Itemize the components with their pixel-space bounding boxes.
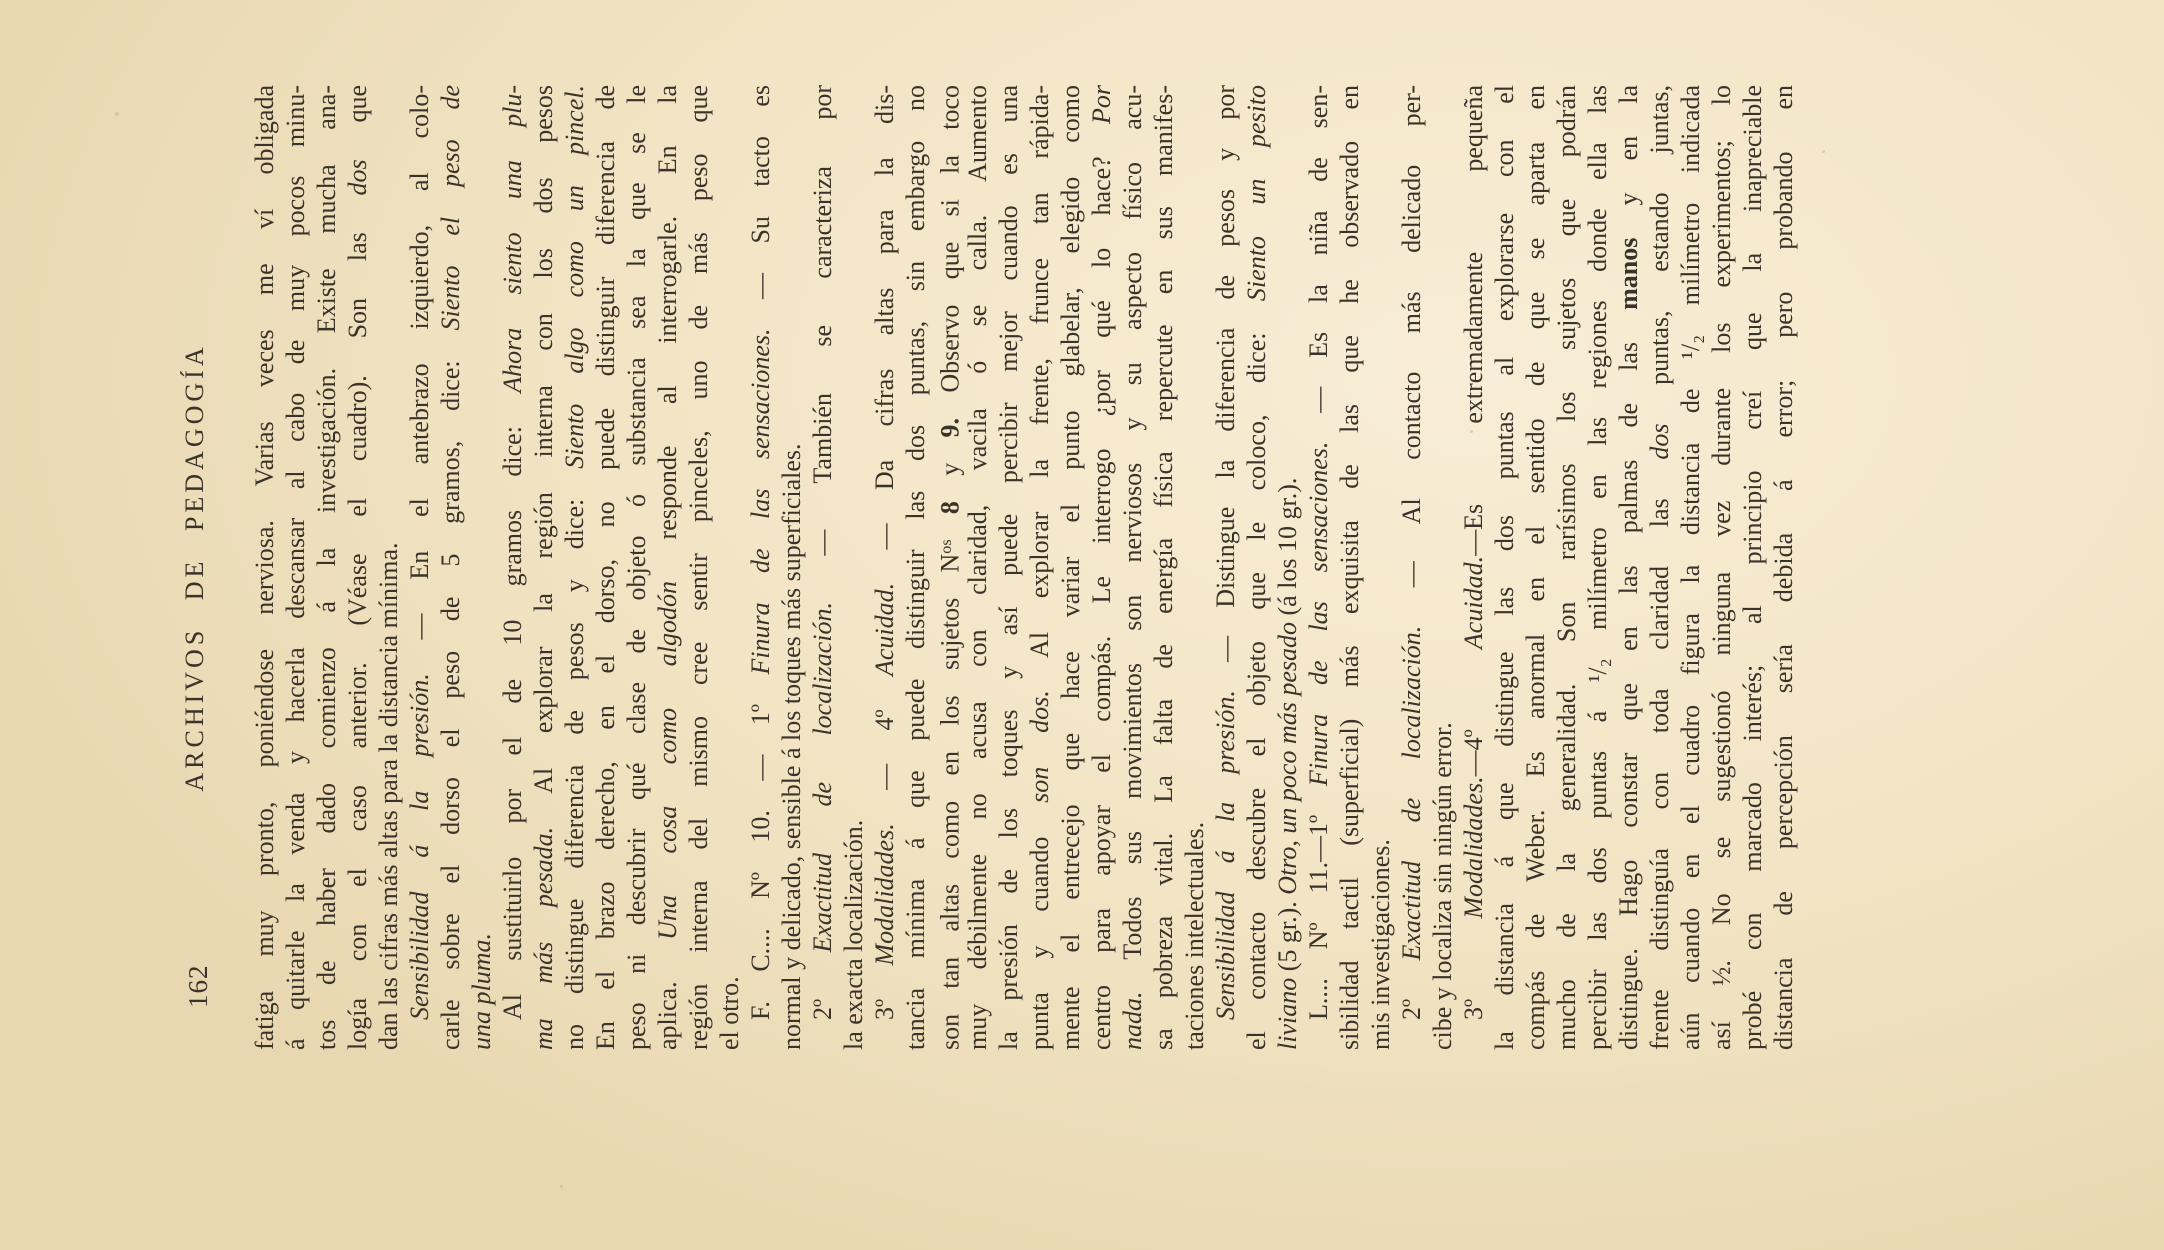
text-line: frente distinguía con toda claridad las … bbox=[1644, 85, 1675, 1050]
text-line: fatiga muy pronto, poniéndose nerviosa. … bbox=[249, 85, 280, 1050]
text-line: taciones intelectuales. bbox=[1179, 85, 1210, 1050]
text-block: fatiga muy pronto, poniéndose nerviosa. … bbox=[249, 85, 1799, 1050]
text-line: mente el entrecejo que hace variar el pu… bbox=[1055, 85, 1086, 1050]
text-line: carle sobre el dorso el peso de 5 gramos… bbox=[435, 85, 466, 1050]
text-line: la distancia á que distingue las dos pun… bbox=[1489, 85, 1520, 1050]
text-line: así ½. No se sugestionó ninguna vez dura… bbox=[1706, 85, 1737, 1050]
text-line: 3º Modalidades.—4º Acuidad.—Es extremada… bbox=[1458, 85, 1489, 1050]
text-line: centro para apoyar el compás. Le interro… bbox=[1086, 85, 1117, 1050]
text-line: dan las cifras más altas para la distanc… bbox=[373, 85, 404, 1050]
text-line: distancia de percepción sería debida á e… bbox=[1768, 85, 1799, 1050]
text-line: muy débilmente no acusa con claridad, va… bbox=[962, 85, 993, 1050]
text-line: Al sustituirlo por el de 10 gramos dice:… bbox=[497, 85, 528, 1050]
text-line: logía con el caso anterior. (Véase el cu… bbox=[342, 85, 373, 1050]
text-line: mucho de la generalidad. Son rarísimos l… bbox=[1551, 85, 1582, 1050]
text-line: probé con marcado interés; al principio … bbox=[1737, 85, 1768, 1050]
text-line: una pluma. bbox=[466, 85, 497, 1050]
text-line: el contacto descubre el objeto que le co… bbox=[1241, 85, 1272, 1050]
text-line: aún cuando en el cuadro figura la distan… bbox=[1675, 85, 1706, 1050]
text-line: 2º Exactitud de localización. — También … bbox=[807, 85, 838, 1050]
text-line: tos de haber dado comienzo á la investig… bbox=[311, 85, 342, 1050]
text-line: compás de Weber. Es anormal en el sentid… bbox=[1520, 85, 1551, 1050]
text-line: cibe y localiza sin ningún error. bbox=[1427, 85, 1458, 1050]
text-line: á quitarle la venda y hacerla descansar … bbox=[280, 85, 311, 1050]
text-line: Sensibilidad á la presión. — En el anteb… bbox=[404, 85, 435, 1050]
text-line: la exacta localización. bbox=[838, 85, 869, 1050]
page-number: 162 bbox=[183, 965, 214, 1009]
text-line: ma más pesada. Al explorar la región int… bbox=[528, 85, 559, 1050]
text-line: punta y cuando son dos. Al explorar la f… bbox=[1024, 85, 1055, 1050]
text-line: percibir las dos puntas á ¹/₂ milímetro … bbox=[1582, 85, 1613, 1050]
rotated-page-content: 162 ARCHIVOS DE PEDAGOGÍA fatiga muy pro… bbox=[0, 0, 2164, 1250]
text-line: tancia mínima á que puede distinguir las… bbox=[900, 85, 931, 1050]
page-title: ARCHIVOS DE PEDAGOGÍA bbox=[180, 85, 210, 1050]
text-line: nada. Todos sus movimientos son nervioso… bbox=[1117, 85, 1148, 1050]
text-line: peso ni descubrir qué clase de objeto ó … bbox=[621, 85, 652, 1050]
text-line: sibilidad tactil (superficial) más exqui… bbox=[1334, 85, 1365, 1050]
text-line: Sensibilidad á la presión. — Distingue l… bbox=[1210, 85, 1241, 1050]
text-line: no distingue diferencia de pesos y dice:… bbox=[559, 85, 590, 1050]
text-line: En el brazo derecho, en el dorso, no pue… bbox=[590, 85, 621, 1050]
text-line: aplica. Una cosa como algodón responde a… bbox=[652, 85, 683, 1050]
text-line: L.... Nº 11.—1º Finura de las sensacione… bbox=[1303, 85, 1334, 1050]
text-line: 3º Modalidades. — 4º Acuidad. — Da cifra… bbox=[869, 85, 900, 1050]
text-line: la presión de los toques y así puede per… bbox=[993, 85, 1024, 1050]
text-line: región interna del mismo cree sentir pin… bbox=[683, 85, 714, 1050]
text-line: distingue. Hago constar que en las palma… bbox=[1613, 85, 1644, 1050]
scanned-book-page: 162 ARCHIVOS DE PEDAGOGÍA fatiga muy pro… bbox=[0, 0, 2164, 1250]
page-header: 162 ARCHIVOS DE PEDAGOGÍA bbox=[180, 85, 220, 1050]
text-line: mis investigaciones. bbox=[1365, 85, 1396, 1050]
text-line: sa pobreza vital. La falta de energía fí… bbox=[1148, 85, 1179, 1050]
text-line: 2º Exactitud de localización. — Al conta… bbox=[1396, 85, 1427, 1050]
text-line: normal y delicado, sensible á los toques… bbox=[776, 85, 807, 1050]
text-line: el otro. bbox=[714, 85, 745, 1050]
text-line: F. C.... Nº 10. — 1º Finura de las sensa… bbox=[745, 85, 776, 1050]
text-line: liviano (5 gr.). Otro, un poco más pesad… bbox=[1272, 85, 1303, 1050]
text-line: son tan altas como en los sujetos Nos 8 … bbox=[931, 85, 962, 1050]
